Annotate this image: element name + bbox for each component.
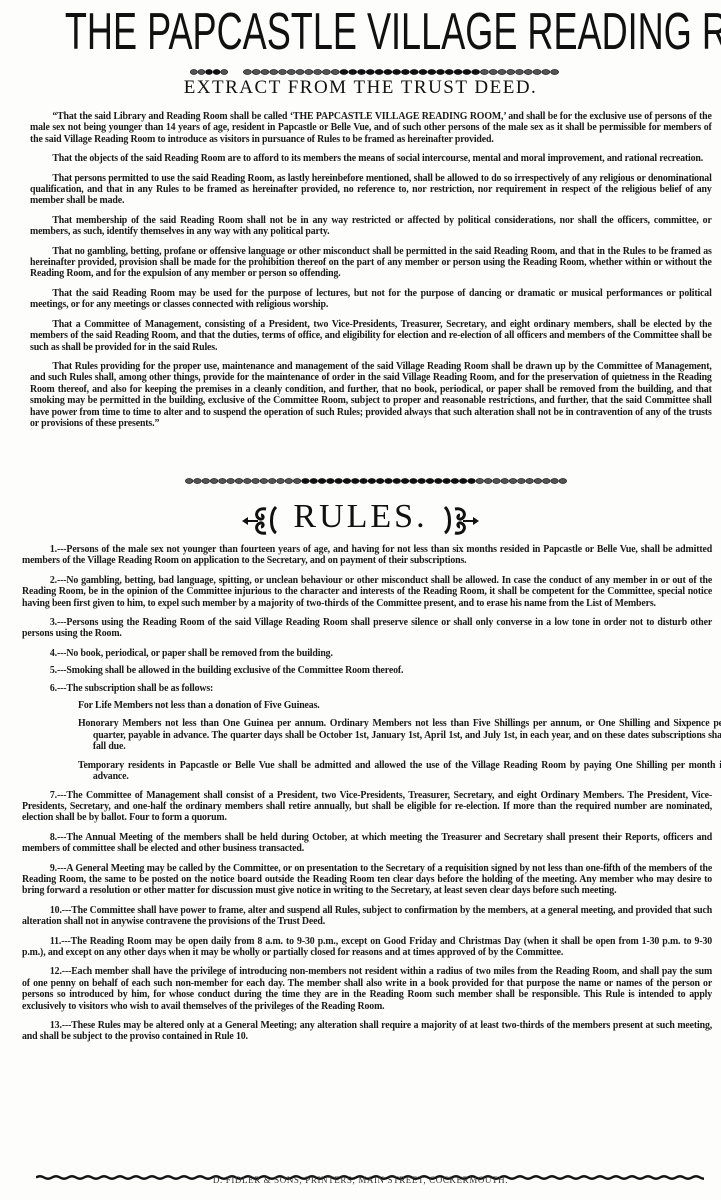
- deed-paragraph: That no gambling, betting, profane or of…: [30, 246, 712, 280]
- fleuron-left-icon: [240, 503, 282, 535]
- beaded-rule-icon: [185, 478, 567, 484]
- subscription-item: For Life Members not less than a donatio…: [78, 700, 721, 711]
- rule-item: 13.---These Rules may be altered only at…: [22, 1020, 712, 1043]
- trust-deed-extract: “That the said Library and Reading Room …: [30, 111, 712, 437]
- rule-item: 10.---The Committee shall have power to …: [22, 905, 712, 928]
- beaded-rule-icon: [243, 69, 559, 75]
- fleuron-right-icon: [439, 503, 481, 535]
- rule-item: 3.---Persons using the Reading Room of t…: [22, 617, 712, 640]
- deed-paragraph: That a Committee of Management, consisti…: [30, 319, 712, 353]
- rule-item: 7.---The Committee of Management shall c…: [22, 790, 712, 824]
- deed-paragraph: That the objects of the said Reading Roo…: [30, 153, 712, 164]
- rule-item: 6.---The subscription shall be as follow…: [22, 683, 712, 694]
- rules-heading-text: RULES.: [293, 498, 427, 535]
- rule-item: 9.---A General Meeting may be called by …: [22, 863, 712, 897]
- deed-paragraph: That persons permitted to use the said R…: [30, 173, 712, 207]
- printer-imprint: D. FIDLER & SONS, PRINTERS, MAIN STREET,…: [0, 1175, 721, 1185]
- printed-notice: THE PAPCASTLE VILLAGE READING ROOM. EXTR…: [0, 0, 721, 1200]
- subscription-item: Temporary residents in Papcastle or Bell…: [78, 760, 721, 783]
- section-heading-trust-deed: EXTRACT FROM THE TRUST DEED.: [0, 77, 721, 99]
- beaded-rule-icon: [190, 69, 228, 75]
- rule-item: 8.---The Annual Meeting of the members s…: [22, 832, 712, 855]
- rule-item: 1.---Persons of the male sex not younger…: [22, 544, 712, 567]
- rule-item: 4.---No book, periodical, or paper shall…: [22, 648, 712, 659]
- deed-paragraph: “That the said Library and Reading Room …: [30, 111, 712, 145]
- rule-item: 11.---The Reading Room may be open daily…: [22, 936, 712, 959]
- deed-paragraph: That membership of the said Reading Room…: [30, 215, 712, 238]
- subscription-item: Honorary Members not less than One Guine…: [78, 718, 721, 752]
- rule-item: 5.---Smoking shall be allowed in the bui…: [22, 665, 712, 676]
- page-title: THE PAPCASTLE VILLAGE READING ROOM.: [65, 4, 656, 61]
- deed-paragraph: That Rules providing for the proper use,…: [30, 361, 712, 429]
- rules-list: 1.---Persons of the male sex not younger…: [22, 544, 712, 1051]
- deed-paragraph: That the said Reading Room may be used f…: [30, 288, 712, 311]
- rule-item: 12.---Each member shall have the privile…: [22, 966, 712, 1012]
- rule-item: 2.---No gambling, betting, bad language,…: [22, 575, 712, 609]
- rules-heading: RULES.: [0, 497, 721, 537]
- wavy-rule-icon: [36, 1167, 704, 1172]
